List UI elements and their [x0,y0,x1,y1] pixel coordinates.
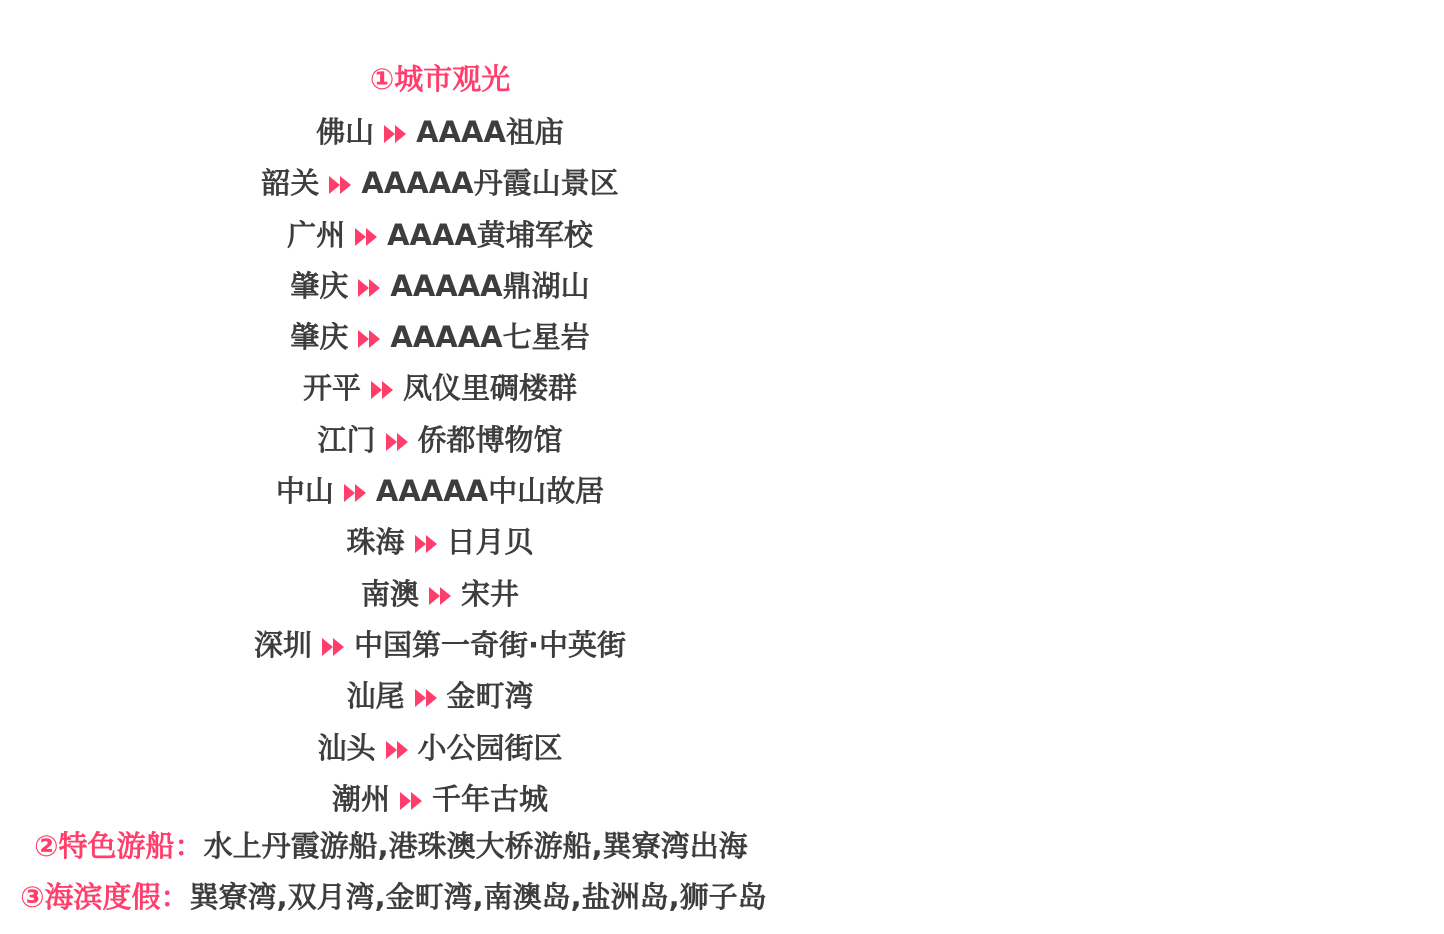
route-city: 潮州 [332,782,390,816]
route-city: 汕尾 [346,679,404,713]
double-chevron-right-icon [415,535,439,553]
route-row: 广州AAAA黄埔军校 [0,210,880,261]
route-row: 江门侨都博物馆 [0,415,880,466]
route-city: 南澳 [361,577,419,611]
route-row: 南澳宋井 [0,569,880,620]
route-attraction: 凤仪里碉楼群 [403,371,577,405]
route-row: 中山AAAAA中山故居 [0,466,880,517]
route-city: 佛山 [316,115,374,149]
route-row: 开平凤仪里碉楼群 [0,363,880,414]
route-row: 肇庆AAAAA鼎湖山 [0,261,880,312]
route-attraction: AAAA祖庙 [416,115,564,149]
route-city: 中山 [276,474,334,508]
special-cruise-value: 水上丹霞游船,港珠澳大桥游船,巽寮湾出海 [204,829,748,863]
double-chevron-right-icon [384,125,408,143]
double-chevron-right-icon [322,638,346,656]
route-attraction: AAAAA鼎湖山 [390,269,589,303]
route-city: 汕头 [317,731,375,765]
route-city: 肇庆 [290,320,348,354]
route-row: 汕头小公园街区 [0,723,880,774]
route-attraction: 侨都博物馆 [418,423,563,457]
route-row: 佛山AAAA祖庙 [0,107,880,158]
beach-resort-value: 巽寮湾,双月湾,金町湾,南澳岛,盐洲岛,狮子岛 [190,880,767,914]
route-attraction: 日月贝 [447,525,534,559]
double-chevron-right-icon [429,587,453,605]
double-chevron-right-icon [358,279,382,297]
route-row: 韶关AAAAA丹霞山景区 [0,158,880,209]
route-row: 肇庆AAAAA七星岩 [0,312,880,363]
route-city: 深圳 [254,628,312,662]
double-chevron-right-icon [371,381,395,399]
route-attraction: 金町湾 [447,679,534,713]
route-row: 汕尾金町湾 [0,671,880,722]
route-row: 潮州千年古城 [0,774,880,825]
route-attraction: 千年古城 [432,782,548,816]
route-attraction: 中国第一奇街·中英街 [354,628,626,662]
double-chevron-right-icon [400,792,424,810]
double-chevron-right-icon [329,176,353,194]
route-city: 韶关 [261,166,319,200]
double-chevron-right-icon [415,689,439,707]
route-list: 佛山AAAA祖庙韶关AAAAA丹霞山景区广州AAAA黄埔军校肇庆AAAAA鼎湖山… [0,107,880,825]
route-attraction: 小公园街区 [418,731,563,765]
double-chevron-right-icon [386,741,410,759]
route-attraction: AAAA黄埔军校 [387,218,593,252]
double-chevron-right-icon [358,330,382,348]
route-city: 肇庆 [290,269,348,303]
route-city: 珠海 [346,525,404,559]
route-row: 珠海日月贝 [0,517,880,568]
double-chevron-right-icon [355,228,379,246]
double-chevron-right-icon [386,433,410,451]
beach-resort-label: ③海滨度假： [20,880,190,914]
special-cruise-label: ②特色游船： [34,829,204,863]
route-attraction: AAAAA中山故居 [376,474,604,508]
route-city: 开平 [303,371,361,405]
route-row: 深圳中国第一奇街·中英街 [0,620,880,671]
section-title-city-sightseeing: ①城市观光 [0,56,880,107]
city-sightseeing-section: ①城市观光 佛山AAAA祖庙韶关AAAAA丹霞山景区广州AAAA黄埔军校肇庆AA… [0,56,880,825]
route-city: 广州 [287,218,345,252]
route-attraction: AAAAA丹霞山景区 [361,166,618,200]
route-city: 江门 [317,423,375,457]
special-cruise-line: ②特色游船：水上丹霞游船,港珠澳大桥游船,巽寮湾出海 [34,826,748,866]
route-attraction: 宋井 [461,577,519,611]
double-chevron-right-icon [344,484,368,502]
beach-resort-line: ③海滨度假：巽寮湾,双月湾,金町湾,南澳岛,盐洲岛,狮子岛 [20,877,767,917]
route-attraction: AAAAA七星岩 [390,320,589,354]
